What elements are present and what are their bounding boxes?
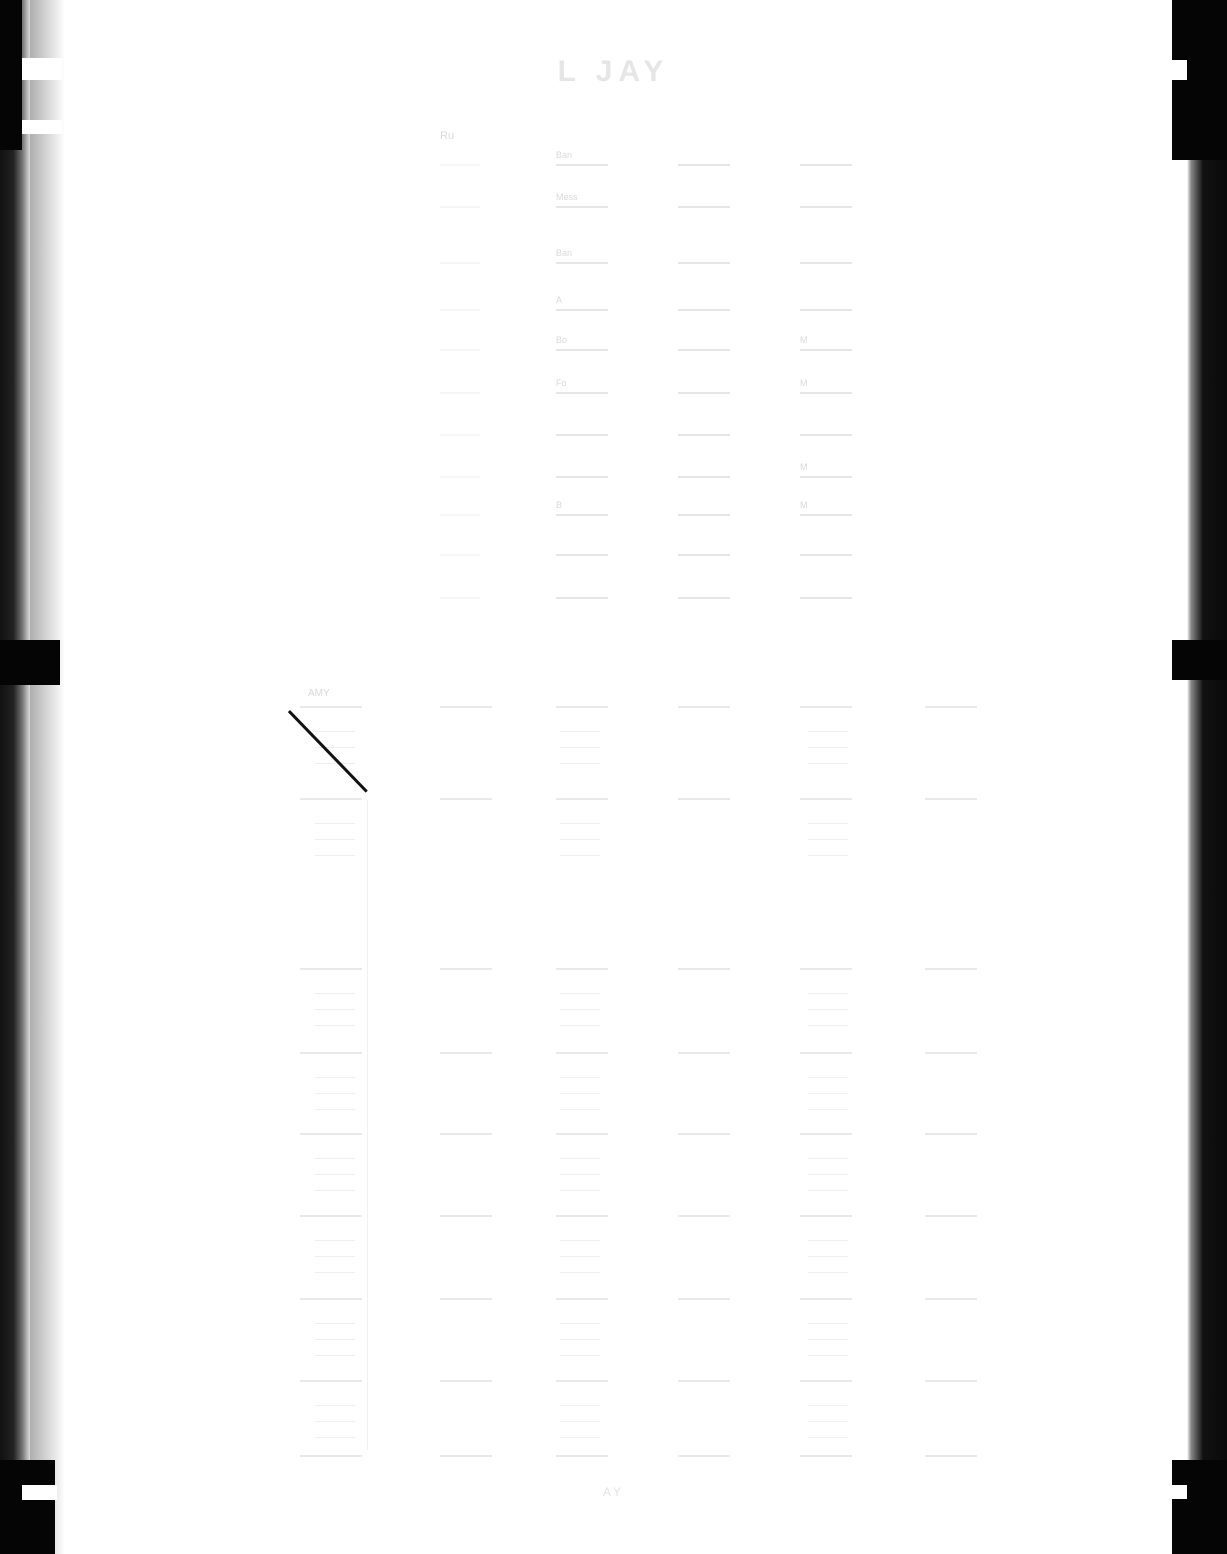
table-top-cell-rule <box>678 262 730 264</box>
table-bottom-rule <box>300 968 362 970</box>
table-bottom-row-label-trace <box>808 1272 848 1273</box>
table-top-cell-rule <box>440 597 480 599</box>
table-bottom-rule <box>678 706 730 708</box>
table-top-cell: Bo <box>556 335 567 345</box>
table-bottom-rule <box>800 1455 852 1457</box>
table-bottom-rule <box>300 1133 362 1135</box>
table-bottom-row-label-trace <box>315 1355 355 1356</box>
table-bottom-rule <box>556 1380 608 1382</box>
table-bottom-rule <box>800 1215 852 1217</box>
table-bottom-row-label-trace <box>560 993 600 994</box>
table-bottom-rule <box>440 1133 492 1135</box>
table-bottom-row-label-trace <box>808 823 848 824</box>
table-bottom-row-label-trace <box>808 1421 848 1422</box>
table-bottom-row-label-trace <box>808 1405 848 1406</box>
table-top-cell-rule <box>440 514 480 516</box>
table-bottom-row-label-trace <box>560 1174 600 1175</box>
table-bottom-row-label-trace <box>808 1077 848 1078</box>
table-bottom-row-label-trace <box>315 1256 355 1257</box>
table-bottom-row-label-trace <box>560 1323 600 1324</box>
table-top-cell-rule <box>800 514 852 516</box>
table-bottom-rule <box>925 1298 977 1300</box>
table-top-cell: Ban <box>556 150 572 160</box>
table-bottom-rule <box>800 1133 852 1135</box>
table-bottom-row-label-trace <box>315 1323 355 1324</box>
table-bottom-rule <box>925 706 977 708</box>
table-bottom-row-label-trace <box>560 1339 600 1340</box>
table-bottom-rule <box>300 706 362 708</box>
table-bottom-row-label-trace <box>808 1437 848 1438</box>
table-bottom-rule <box>678 1380 730 1382</box>
table-top-cell-rule <box>556 554 608 556</box>
table-bottom-rule <box>925 968 977 970</box>
scan-tab-top-left-2 <box>22 120 62 134</box>
table-top-cell-rule <box>800 434 852 436</box>
table-top-cell-rule <box>678 554 730 556</box>
table-top-cell-rule <box>800 349 852 351</box>
table-bottom-rule <box>300 1052 362 1054</box>
table-top-cell: M <box>800 500 808 510</box>
table-bottom-row-label-trace <box>560 1437 600 1438</box>
table-bottom-row-label-trace <box>315 823 355 824</box>
page-title: L JAY <box>0 55 1227 89</box>
table-top-cell-rule <box>678 349 730 351</box>
table-top-cell-rule <box>440 349 480 351</box>
table-top-cell-rule <box>556 309 608 311</box>
table-bottom-row-label-trace <box>315 1077 355 1078</box>
table-bottom-row-label-trace <box>560 1405 600 1406</box>
table-top-cell: Mess <box>556 192 578 202</box>
table-bottom-row-label-trace <box>808 1158 848 1159</box>
table-bottom-header: AMY <box>308 688 330 699</box>
table-bottom-row-label-trace <box>315 731 355 732</box>
table-top-cell-rule <box>800 476 852 478</box>
table-top-cell-rule <box>678 514 730 516</box>
scan-edge-left-shadow <box>30 0 65 1554</box>
table-bottom-rule <box>440 1298 492 1300</box>
table-bottom-rule <box>556 1052 608 1054</box>
table-top-cell-rule <box>678 476 730 478</box>
table-top-cell-rule <box>440 392 480 394</box>
table-top-cell-rule <box>800 597 852 599</box>
table-bottom-row-label-trace <box>315 1421 355 1422</box>
table-top-cell-rule <box>440 554 480 556</box>
table-bottom-rule <box>440 798 492 800</box>
table-bottom-row-label-trace <box>560 1109 600 1110</box>
table-bottom-rule <box>800 968 852 970</box>
table-bottom-rule <box>800 1380 852 1382</box>
table-top-cell: M <box>800 462 808 472</box>
table-top-cell-rule <box>678 597 730 599</box>
table-bottom-rule <box>925 1455 977 1457</box>
table-bottom-rule <box>800 1298 852 1300</box>
table-bottom-row-label-trace <box>560 1355 600 1356</box>
table-bottom-rule <box>440 1455 492 1457</box>
table-bottom-rule <box>440 1215 492 1217</box>
table-bottom-row-label-trace <box>808 1323 848 1324</box>
table-bottom-rule <box>678 1215 730 1217</box>
table-bottom-rule <box>556 1455 608 1457</box>
table-top-cell-rule <box>556 392 608 394</box>
table-top-cell-rule <box>440 309 480 311</box>
table-bottom-rule <box>925 1215 977 1217</box>
table-bottom-row-label-trace <box>808 1256 848 1257</box>
table-bottom-row-label-trace <box>315 993 355 994</box>
scan-clip-bottom-left <box>0 1460 55 1554</box>
table-top-cell-rule <box>556 597 608 599</box>
table-bottom-column-divider <box>367 800 368 1450</box>
table-bottom-row-label-trace <box>808 993 848 994</box>
table-bottom-rule <box>925 1133 977 1135</box>
table-top-cell-rule <box>800 164 852 166</box>
page-footer: AY <box>0 1485 1227 1499</box>
table-bottom-rule <box>556 1133 608 1135</box>
table-bottom-row-label-trace <box>315 1093 355 1094</box>
table-bottom-rule <box>678 1298 730 1300</box>
table-top-cell: Ban <box>556 248 572 258</box>
table-bottom-row-label-trace <box>560 1240 600 1241</box>
table-bottom-rule <box>556 706 608 708</box>
table-top-cell-rule <box>678 309 730 311</box>
table-bottom-row-label-trace <box>315 1158 355 1159</box>
table-bottom-row-label-trace <box>808 763 848 764</box>
table-top-cell-rule <box>556 262 608 264</box>
table-top-cell-rule <box>440 262 480 264</box>
table-bottom-rule <box>925 1052 977 1054</box>
pen-mark <box>288 710 368 793</box>
table-bottom-row-label-trace <box>808 1339 848 1340</box>
table-top-cell-rule <box>556 206 608 208</box>
table-top-cell: Fo <box>556 378 567 388</box>
table-bottom-row-label-trace <box>808 1240 848 1241</box>
table-bottom-row-label-trace <box>808 731 848 732</box>
table-bottom-row-label-trace <box>808 747 848 748</box>
table-bottom-row-label-trace <box>315 763 355 764</box>
table-bottom-rule <box>800 706 852 708</box>
table-top-cell-rule <box>440 434 480 436</box>
table-top-cell-rule <box>678 392 730 394</box>
scan-clip-mid-left <box>0 640 60 685</box>
table-top-cell-rule <box>800 309 852 311</box>
table-bottom-row-label-trace <box>560 731 600 732</box>
table-bottom-row-label-trace <box>315 1109 355 1110</box>
table-bottom-row-label-trace <box>560 1421 600 1422</box>
table-bottom-row-label-trace <box>315 1009 355 1010</box>
table-bottom-rule <box>300 798 362 800</box>
table-bottom-rule <box>556 968 608 970</box>
table-bottom-row-label-trace <box>808 1355 848 1356</box>
table-bottom-rule <box>300 1455 362 1457</box>
table-bottom-rule <box>440 706 492 708</box>
table-top-cell-rule <box>800 206 852 208</box>
table-bottom-row-label-trace <box>808 1109 848 1110</box>
table-top-cell: A <box>556 295 562 305</box>
table-bottom-rule <box>440 1380 492 1382</box>
table-bottom-rule <box>556 798 608 800</box>
scan-edge-right <box>1187 0 1227 1554</box>
table-bottom-row-label-trace <box>560 855 600 856</box>
table-top-cell-rule <box>440 476 480 478</box>
table-top-cell-rule <box>556 349 608 351</box>
table-bottom-row-label-trace <box>808 839 848 840</box>
table-bottom-rule <box>556 1298 608 1300</box>
table-bottom-row-label-trace <box>560 1009 600 1010</box>
table-bottom-row-label-trace <box>560 1190 600 1191</box>
scan-clip-mid-right <box>1172 640 1227 680</box>
table-bottom-row-label-trace <box>315 1272 355 1273</box>
table-bottom-row-label-trace <box>315 1405 355 1406</box>
table-top-cell: M <box>800 378 808 388</box>
scan-edge-left <box>0 0 30 1554</box>
table-bottom-row-label-trace <box>315 1190 355 1191</box>
table-top-cell: M <box>800 335 808 345</box>
table-top-cell-rule <box>678 434 730 436</box>
table-top-cell-rule <box>678 206 730 208</box>
table-bottom-row-label-trace <box>808 1174 848 1175</box>
table-bottom-row-label-trace <box>315 839 355 840</box>
table-bottom-rule <box>556 1215 608 1217</box>
table-bottom-row-label-trace <box>315 1174 355 1175</box>
table-bottom-rule <box>440 968 492 970</box>
table-bottom-rule <box>678 1052 730 1054</box>
table-bottom-row-label-trace <box>560 1093 600 1094</box>
table-bottom-row-label-trace <box>560 1256 600 1257</box>
table-bottom-row-label-trace <box>560 823 600 824</box>
table-bottom-row-label-trace <box>808 855 848 856</box>
scan-clip-bottom-right <box>1172 1460 1227 1554</box>
table-bottom-rule <box>925 798 977 800</box>
table-bottom-row-label-trace <box>808 1025 848 1026</box>
table-top-cell-rule <box>556 514 608 516</box>
table-top-cell-rule <box>556 164 608 166</box>
table-bottom-row-label-trace <box>560 1077 600 1078</box>
table-bottom-row-label-trace <box>560 1272 600 1273</box>
table-bottom-row-label-trace <box>315 1240 355 1241</box>
table-bottom-row-label-trace <box>315 1437 355 1438</box>
table-bottom-row-label-trace <box>808 1093 848 1094</box>
table-top-cell-rule <box>800 554 852 556</box>
table-top-header: Ru <box>440 130 454 142</box>
table-top-cell: B <box>556 500 562 510</box>
table-bottom-row-label-trace <box>560 1025 600 1026</box>
table-bottom-row-label-trace <box>560 1158 600 1159</box>
table-bottom-rule <box>678 1455 730 1457</box>
table-bottom-rule <box>678 1133 730 1135</box>
table-top-cell-rule <box>800 262 852 264</box>
table-bottom-row-label-trace <box>560 763 600 764</box>
table-bottom-row-label-trace <box>315 1025 355 1026</box>
table-bottom-row-label-trace <box>560 839 600 840</box>
table-bottom-rule <box>440 1052 492 1054</box>
table-top-cell-rule <box>440 164 480 166</box>
table-bottom-row-label-trace <box>315 1339 355 1340</box>
table-bottom-rule <box>925 1380 977 1382</box>
table-bottom-rule <box>300 1298 362 1300</box>
table-bottom-rule <box>800 798 852 800</box>
table-bottom-rule <box>300 1380 362 1382</box>
table-top-cell-rule <box>678 164 730 166</box>
table-bottom-rule <box>800 1052 852 1054</box>
table-bottom-rule <box>678 798 730 800</box>
table-top-cell-rule <box>556 476 608 478</box>
table-bottom-rule <box>678 968 730 970</box>
table-top-cell-rule <box>800 392 852 394</box>
table-bottom-row-label-trace <box>808 1190 848 1191</box>
table-bottom-row-label-trace <box>560 747 600 748</box>
table-top-cell-rule <box>440 206 480 208</box>
table-bottom-row-label-trace <box>315 855 355 856</box>
table-bottom-rule <box>300 1215 362 1217</box>
table-bottom-row-label-trace <box>808 1009 848 1010</box>
table-top-cell-rule <box>556 434 608 436</box>
